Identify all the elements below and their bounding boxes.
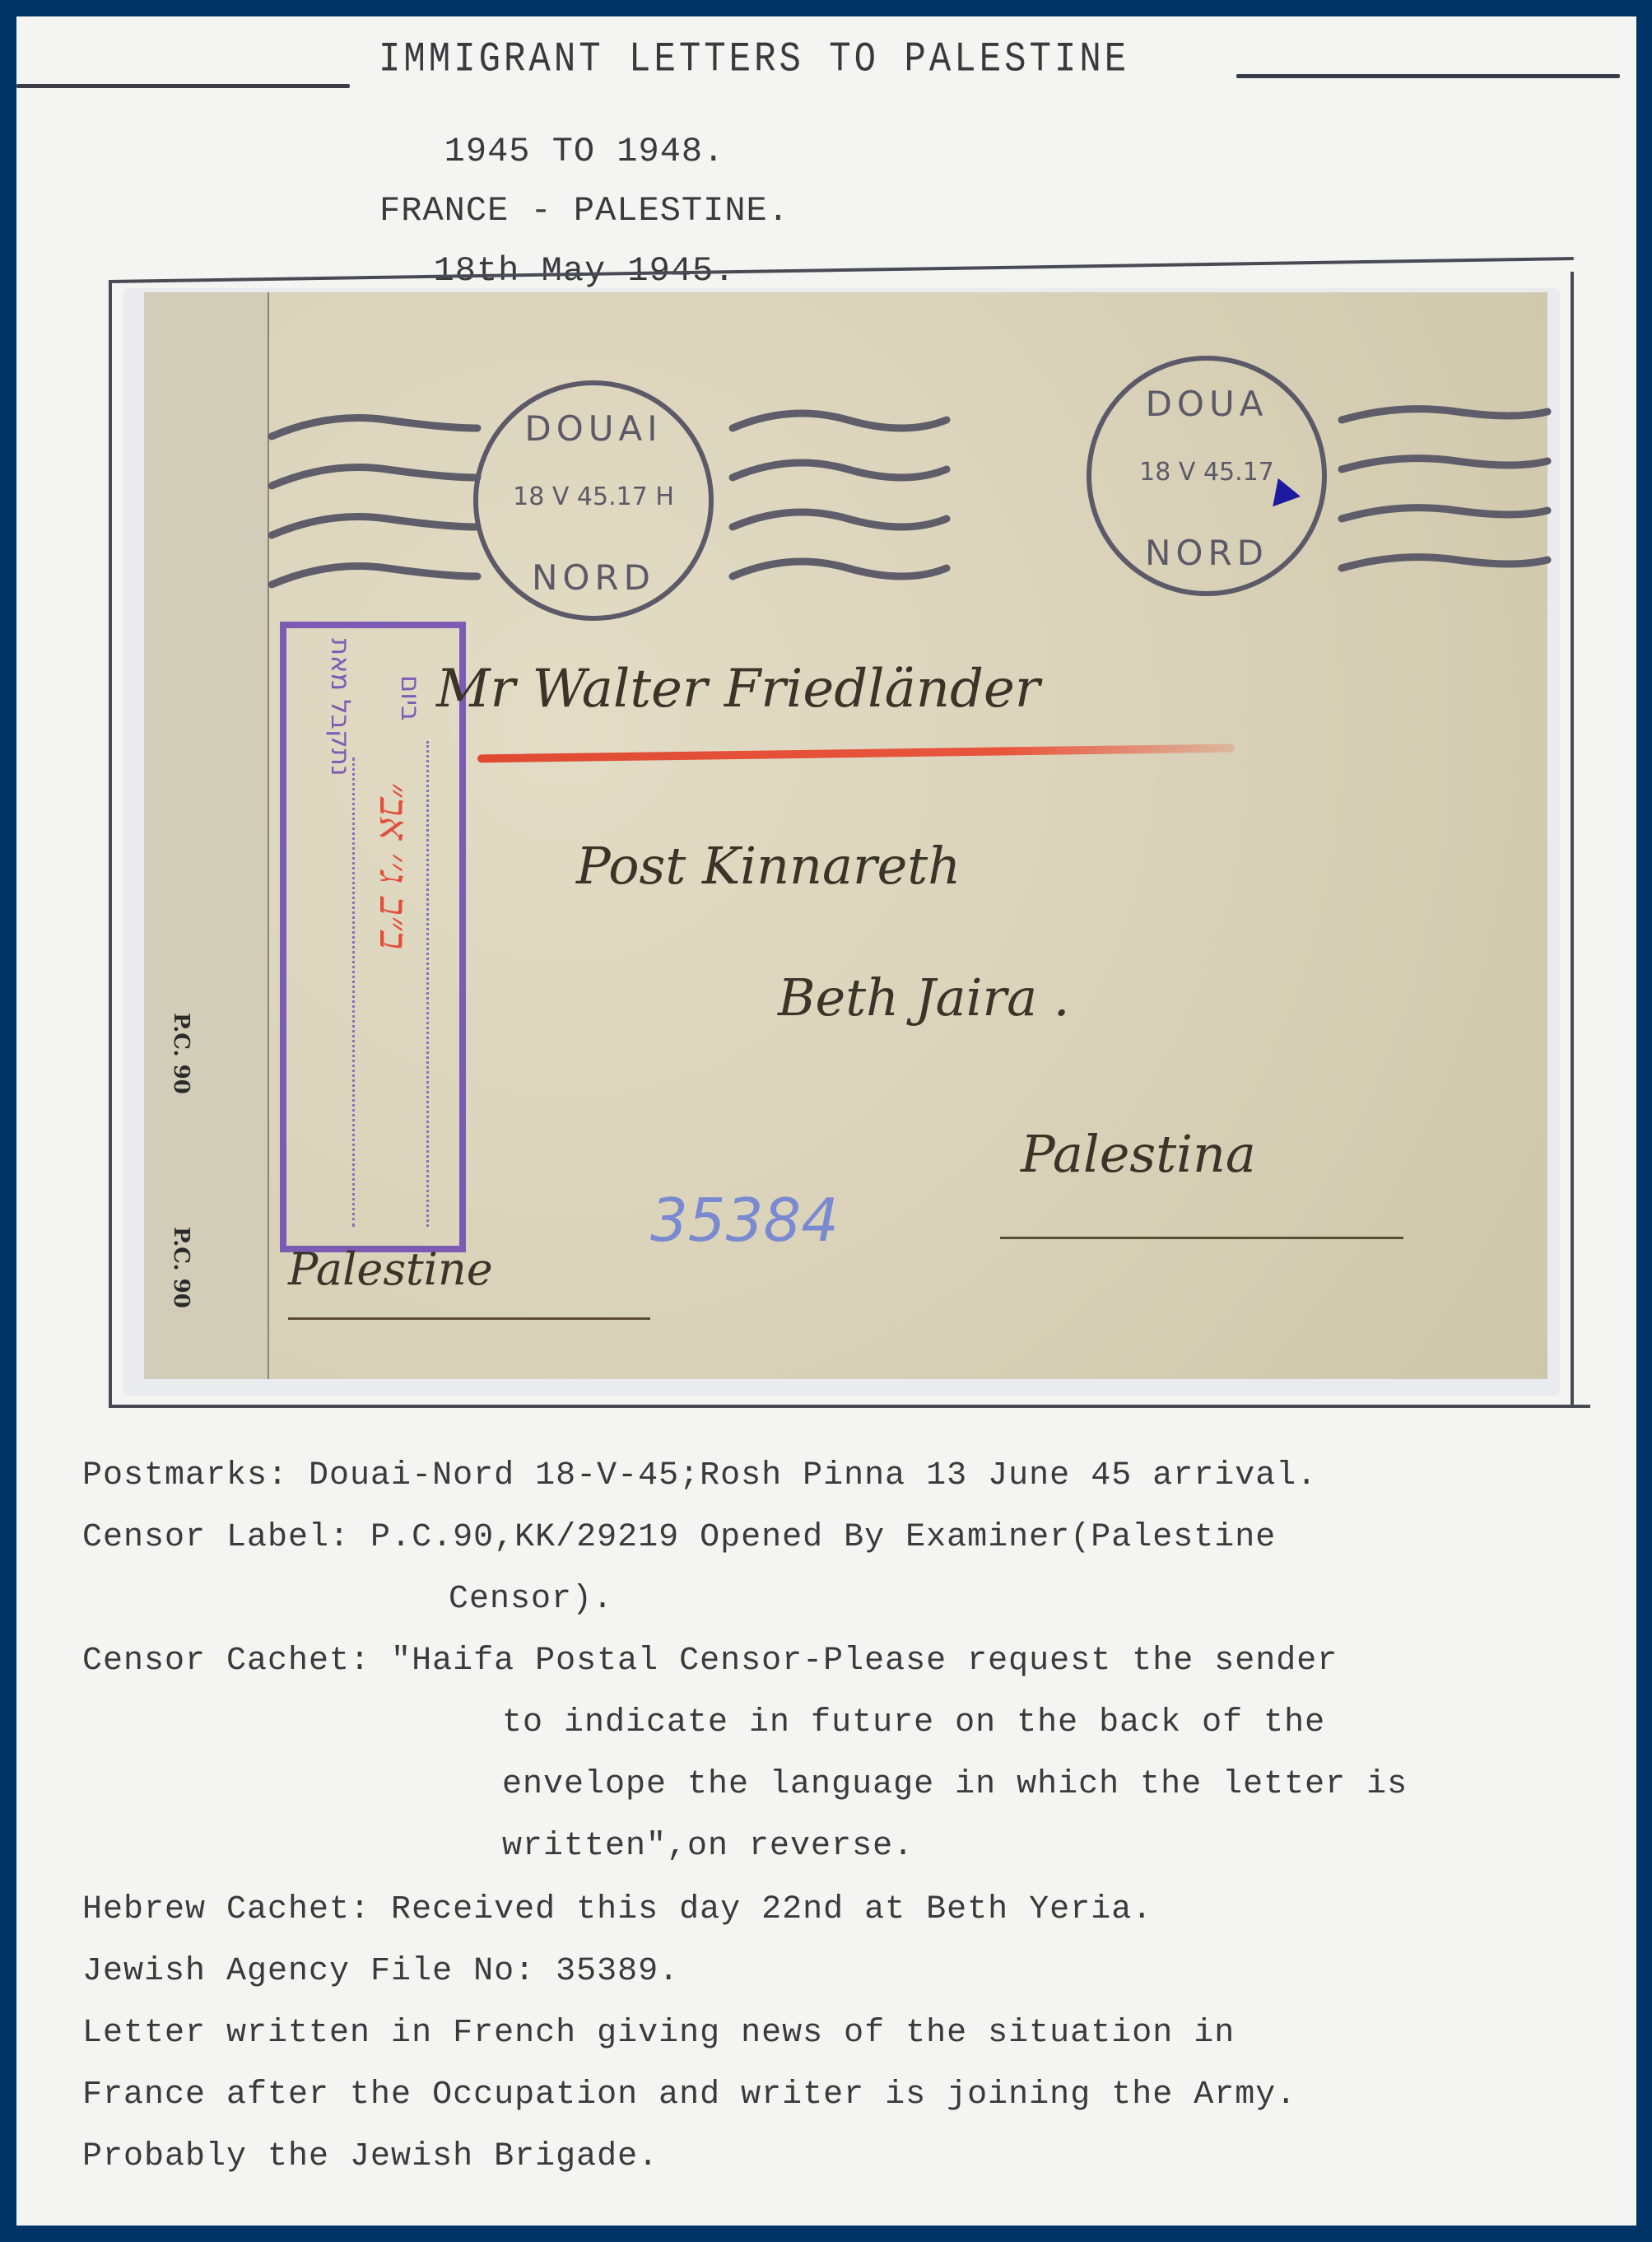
mount-frame-bottom (109, 1405, 1590, 1408)
side-note-palestine: Palestine (288, 1243, 493, 1295)
page-title: IMMIGRANT LETTERS TO PALESTINE (379, 36, 1129, 84)
pencil-file-number: 35384 (650, 1186, 839, 1255)
recipient-name: Mr Walter Friedländer (436, 659, 1040, 720)
caption-censor-label: Censor Label: P.C.90,KK/29219 Opened By … (82, 1519, 1276, 1556)
censor-label-pc90: P.C. 90 (169, 1013, 193, 1094)
caption-postmarks: Postmarks: Douai-Nord 18-V-45;Rosh Pinna… (82, 1457, 1317, 1494)
caption-note-1: Letter written in French giving news of … (82, 2015, 1235, 2052)
mount-frame-left (109, 280, 112, 1408)
address-post: Post Kinnareth (576, 836, 961, 896)
caption-censor-label-cont: Censor). (449, 1581, 613, 1618)
mount-frame-right (1571, 272, 1574, 1408)
caption-file-no: Jewish Agency File No: 35389. (82, 1953, 679, 1990)
period-heading: 1945 TO 1948. (173, 132, 996, 171)
postmark-douai-1: DOUAI 18 V 45.17 H NORD (473, 380, 714, 621)
title-rule-left (16, 84, 350, 88)
caption-hebrew-cachet: Hebrew Cachet: Received this day 22nd at… (82, 1891, 1152, 1928)
address-country: Palestina (1021, 1124, 1256, 1184)
side-note-underline (288, 1317, 650, 1320)
caption-censor-cachet: Censor Cachet: "Haifa Postal Censor-Plea… (82, 1643, 1338, 1680)
cachet-dotted-line (352, 757, 355, 1227)
caption-note-2: France after the Occupation and writer i… (82, 2077, 1296, 2114)
title-rule-right (1236, 74, 1620, 78)
route-heading: FRANCE - PALESTINE. (173, 191, 996, 231)
caption-censor-cachet-2: to indicate in future on the back of the (502, 1704, 1325, 1741)
censor-label-pc90-second: P.C. 90 (169, 1227, 193, 1308)
cachet-text-received-from: נתקבל מאת (325, 638, 356, 776)
wavy-cancellation-icon (263, 395, 1564, 609)
censor-label-strip (144, 292, 269, 1379)
caption-censor-cachet-4: written",on reverse. (502, 1828, 914, 1865)
cachet-dotted-line (426, 741, 429, 1227)
cachet-handwritten-date: ב״ב ג׳׳ אב״ (370, 782, 416, 949)
caption-censor-cachet-3: envelope the language in which the lette… (502, 1766, 1408, 1803)
cachet-text-day: ביום (395, 675, 426, 721)
caption-note-3: Probably the Jewish Brigade. (82, 2138, 658, 2175)
address-underline (1000, 1237, 1403, 1239)
address-village: Beth Jaira . (778, 967, 1069, 1028)
